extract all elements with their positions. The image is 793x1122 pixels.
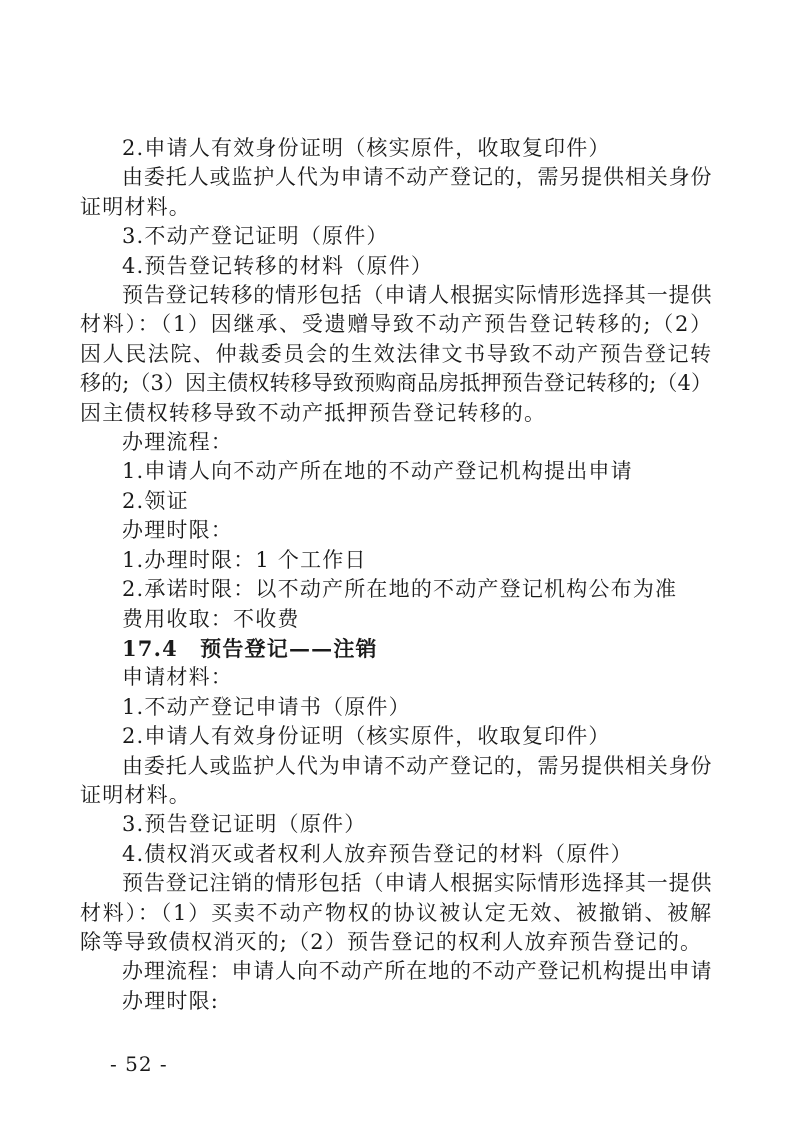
text-line: 3.不动产登记证明（原件） (80, 222, 712, 251)
text-line: 2.领证 (80, 487, 712, 516)
text-line: 移的;（3）因主债权转移导致预购商品房抵押预告登记转移的;（4） (80, 369, 712, 398)
document-body: 2.申请人有效身份证明（核实原件，收取复印件） 由委托人或监护人代为申请不动产登… (80, 134, 712, 1016)
text-line: 申请材料： (80, 663, 712, 692)
text-line: 因主债权转移导致不动产抵押预告登记转移的。 (80, 399, 712, 428)
text-line: 证明材料。 (80, 193, 712, 222)
page-number: - 52 - (110, 1052, 168, 1076)
text-line: 由委托人或监护人代为申请不动产登记的，需另提供相关身份 (80, 163, 712, 192)
document-page: 2.申请人有效身份证明（核实原件，收取复印件） 由委托人或监护人代为申请不动产登… (0, 0, 793, 1122)
text-line: 证明材料。 (80, 781, 712, 810)
text-line: 2.申请人有效身份证明（核实原件，收取复印件） (80, 722, 712, 751)
text-line: 办理流程： (80, 428, 712, 457)
text-line: 材料）：（1）因继承、受遗赠导致不动产预告登记转移的;（2） (80, 310, 712, 339)
text-line: 材料）：（1）买卖不动产物权的协议被认定无效、被撤销、被解 (80, 899, 712, 928)
text-line: 4.债权消灭或者权利人放弃预告登记的材料（原件） (80, 840, 712, 869)
text-line: 2.申请人有效身份证明（核实原件，收取复印件） (80, 134, 712, 163)
text-line: 4.预告登记转移的材料（原件） (80, 252, 712, 281)
text-line: 费用收取：不收费 (80, 605, 712, 634)
text-line: 由委托人或监护人代为申请不动产登记的，需另提供相关身份 (80, 752, 712, 781)
text-line: 办理时限: (80, 987, 712, 1016)
text-line: 1.申请人向不动产所在地的不动产登记机构提出申请 (80, 457, 712, 486)
text-line: 办理时限： (80, 516, 712, 545)
text-line: 除等导致债权消灭的;（2）预告登记的权利人放弃预告登记的。 (80, 928, 712, 957)
text-line: 预告登记注销的情形包括（申请人根据实际情形选择其一提供 (80, 869, 712, 898)
text-line: 3.预告登记证明（原件） (80, 810, 712, 839)
text-line: 办理流程：申请人向不动产所在地的不动产登记机构提出申请 (80, 957, 712, 986)
text-line: 预告登记转移的情形包括（申请人根据实际情形选择其一提供 (80, 281, 712, 310)
text-line: 1.办理时限：1 个工作日 (80, 546, 712, 575)
section-heading-17-4: 17.4 预告登记——注销 (80, 634, 712, 663)
text-line: 2.承诺时限：以不动产所在地的不动产登记机构公布为准 (80, 575, 712, 604)
text-line: 1.不动产登记申请书（原件） (80, 693, 712, 722)
text-line: 因人民法院、仲裁委员会的生效法律文书导致不动产预告登记转 (80, 340, 712, 369)
